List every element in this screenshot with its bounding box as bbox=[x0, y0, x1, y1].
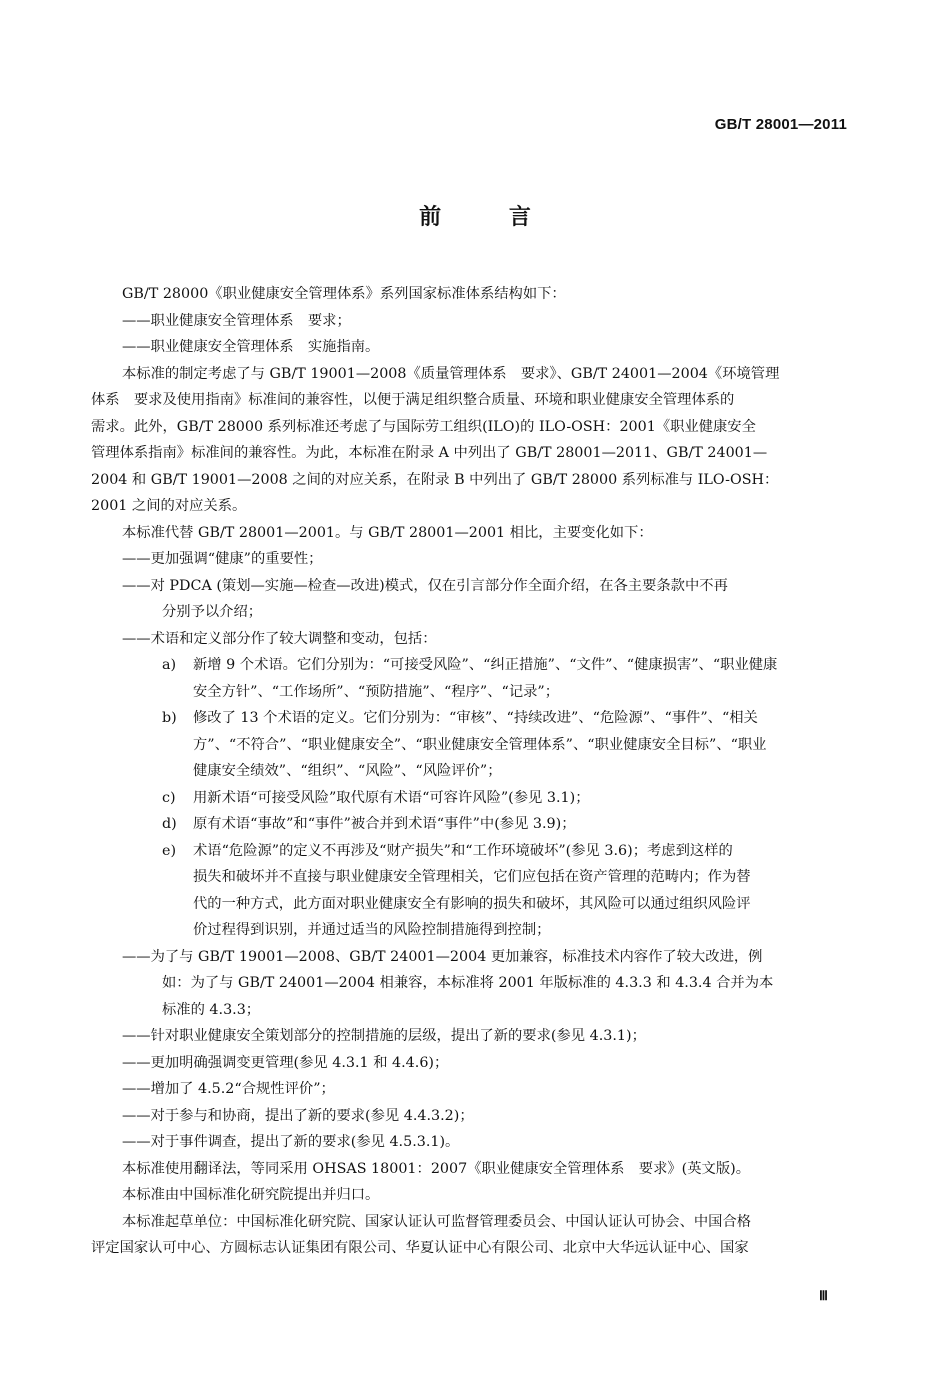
list-item: ——对于事件调查，提出了新的要求(参见 4.5.3.1)。 bbox=[91, 1129, 851, 1156]
standard-number-header: GB/T 28001—2011 bbox=[715, 116, 847, 133]
list-item: ——为了与 GB/T 19001—2008、GB/T 24001—2004 更加… bbox=[91, 944, 851, 1024]
text-line: 术语“危险源”的定义不再涉及“财产损失”和“工作环境破坏”(参见 3.6)；考虑… bbox=[193, 838, 851, 865]
text-line: 安全方针”、“工作场所”、“预防措施”、“程序”、“记录”； bbox=[193, 679, 851, 706]
list-item: ——职业健康安全管理体系 要求； bbox=[91, 308, 851, 335]
sub-item-c: c) 用新术语“可接受风险”取代原有术语“可容许风险”(参见 3.1)； bbox=[91, 785, 851, 812]
text-line: 损失和破坏并不直接与职业健康安全管理相关，它们应包括在资产管理的范畴内；作为替 bbox=[193, 864, 851, 891]
item-label: d) bbox=[162, 811, 177, 838]
item-label: b) bbox=[162, 705, 177, 732]
text-line: 原有术语“事故”和“事件”被合并到术语“事件”中(参见 3.9)； bbox=[193, 811, 851, 838]
paragraph: 本标准起草单位：中国标准化研究院、国家认证认可监督管理委员会、中国认证认可协会、… bbox=[91, 1209, 851, 1262]
text-line: ——对 PDCA (策划—实施—检查—改进)模式，仅在引言部分作全面介绍，在各主… bbox=[91, 573, 851, 600]
page-number: Ⅲ bbox=[819, 1288, 828, 1304]
sub-item-e: e) 术语“危险源”的定义不再涉及“财产损失”和“工作环境破坏”(参见 3.6)… bbox=[91, 838, 851, 944]
text-line: 评定国家认可中心、方圆标志认证集团有限公司、华夏认证中心有限公司、北京中大华远认… bbox=[91, 1235, 851, 1262]
list-item: ——更加强调“健康”的重要性； bbox=[91, 546, 851, 573]
list-item: ——更加明确强调变更管理(参见 4.3.1 和 4.4.6)； bbox=[91, 1050, 851, 1077]
paragraph: 本标准代替 GB/T 28001—2001。与 GB/T 28001—2001 … bbox=[91, 520, 851, 547]
text-line: 2001 之间的对应关系。 bbox=[91, 493, 851, 520]
list-item: ——针对职业健康安全策划部分的控制措施的层级，提出了新的要求(参见 4.3.1)… bbox=[91, 1023, 851, 1050]
page-title: 前 言 bbox=[0, 200, 950, 231]
text-line: 如：为了与 GB/T 24001—2004 相兼容，本标准将 2001 年版标准… bbox=[91, 970, 851, 997]
text-line: 健康安全绩效”、“组织”、“风险”、“风险评价”； bbox=[193, 758, 851, 785]
text-line: 价过程得到识别，并通过适当的风险控制措施得到控制； bbox=[193, 917, 851, 944]
item-label: c) bbox=[162, 785, 176, 812]
text-line: 2004 和 GB/T 19001—2008 之间的对应关系，在附录 B 中列出… bbox=[91, 467, 851, 494]
sub-item-d: d) 原有术语“事故”和“事件”被合并到术语“事件”中(参见 3.9)； bbox=[91, 811, 851, 838]
list-item: ——对 PDCA (策划—实施—检查—改进)模式，仅在引言部分作全面介绍，在各主… bbox=[91, 573, 851, 626]
text-line: ——术语和定义部分作了较大调整和变动，包括： bbox=[91, 626, 851, 653]
paragraph: GB/T 28000《职业健康安全管理体系》系列国家标准体系结构如下： bbox=[91, 281, 851, 308]
text-line: 管理体系指南》标准间的兼容性。为此，本标准在附录 A 中列出了 GB/T 280… bbox=[91, 440, 851, 467]
sub-item-b: b) 修改了 13 个术语的定义。它们分别为：“审核”、“持续改进”、“危险源”… bbox=[91, 705, 851, 785]
text-line: 本标准起草单位：中国标准化研究院、国家认证认可监督管理委员会、中国认证认可协会、… bbox=[91, 1209, 851, 1236]
text-line: 需求。此外，GB/T 28000 系列标准还考虑了与国际劳工组织(ILO)的 I… bbox=[91, 414, 851, 441]
text-line: ——更加强调“健康”的重要性； bbox=[91, 546, 851, 573]
sub-item-a: a) 新增 9 个术语。它们分别为：“可接受风险”、“纠正措施”、“文件”、“健… bbox=[91, 652, 851, 705]
paragraph: 本标准由中国标准化研究院提出并归口。 bbox=[91, 1182, 851, 1209]
list-item: ——术语和定义部分作了较大调整和变动，包括： bbox=[91, 626, 851, 653]
text-line: 方”、“不符合”、“职业健康安全”、“职业健康安全管理体系”、“职业健康安全目标… bbox=[193, 732, 851, 759]
text-line: 标准的 4.3.3； bbox=[91, 997, 851, 1024]
item-label: a) bbox=[162, 652, 176, 679]
preface-body: GB/T 28000《职业健康安全管理体系》系列国家标准体系结构如下： ——职业… bbox=[91, 281, 851, 1262]
list-item: ——职业健康安全管理体系 实施指南。 bbox=[91, 334, 851, 361]
text-line: 本标准的制定考虑了与 GB/T 19001—2008《质量管理体系 要求》、GB… bbox=[91, 361, 851, 388]
text-line: 新增 9 个术语。它们分别为：“可接受风险”、“纠正措施”、“文件”、“健康损害… bbox=[193, 652, 851, 679]
text-line: 用新术语“可接受风险”取代原有术语“可容许风险”(参见 3.1)； bbox=[193, 785, 851, 812]
text-line: ——为了与 GB/T 19001—2008、GB/T 24001—2004 更加… bbox=[91, 944, 851, 971]
item-label: e) bbox=[162, 838, 176, 865]
text-line: 体系 要求及使用指南》标准间的兼容性，以便于满足组织整合质量、环境和职业健康安全… bbox=[91, 387, 851, 414]
paragraph: 本标准使用翻译法，等同采用 OHSAS 18001：2007《职业健康安全管理体… bbox=[91, 1156, 851, 1183]
text-line: 修改了 13 个术语的定义。它们分别为：“审核”、“持续改进”、“危险源”、“事… bbox=[193, 705, 851, 732]
list-item: ——对于参与和协商，提出了新的要求(参见 4.4.3.2)； bbox=[91, 1103, 851, 1130]
paragraph: 本标准的制定考虑了与 GB/T 19001—2008《质量管理体系 要求》、GB… bbox=[91, 361, 851, 520]
text-line: 代的一种方式，此方面对职业健康安全有影响的损失和破坏，其风险可以通过组织风险评 bbox=[193, 891, 851, 918]
list-item: ——增加了 4.5.2“合规性评价”； bbox=[91, 1076, 851, 1103]
text-line: 分别予以介绍； bbox=[91, 599, 851, 626]
